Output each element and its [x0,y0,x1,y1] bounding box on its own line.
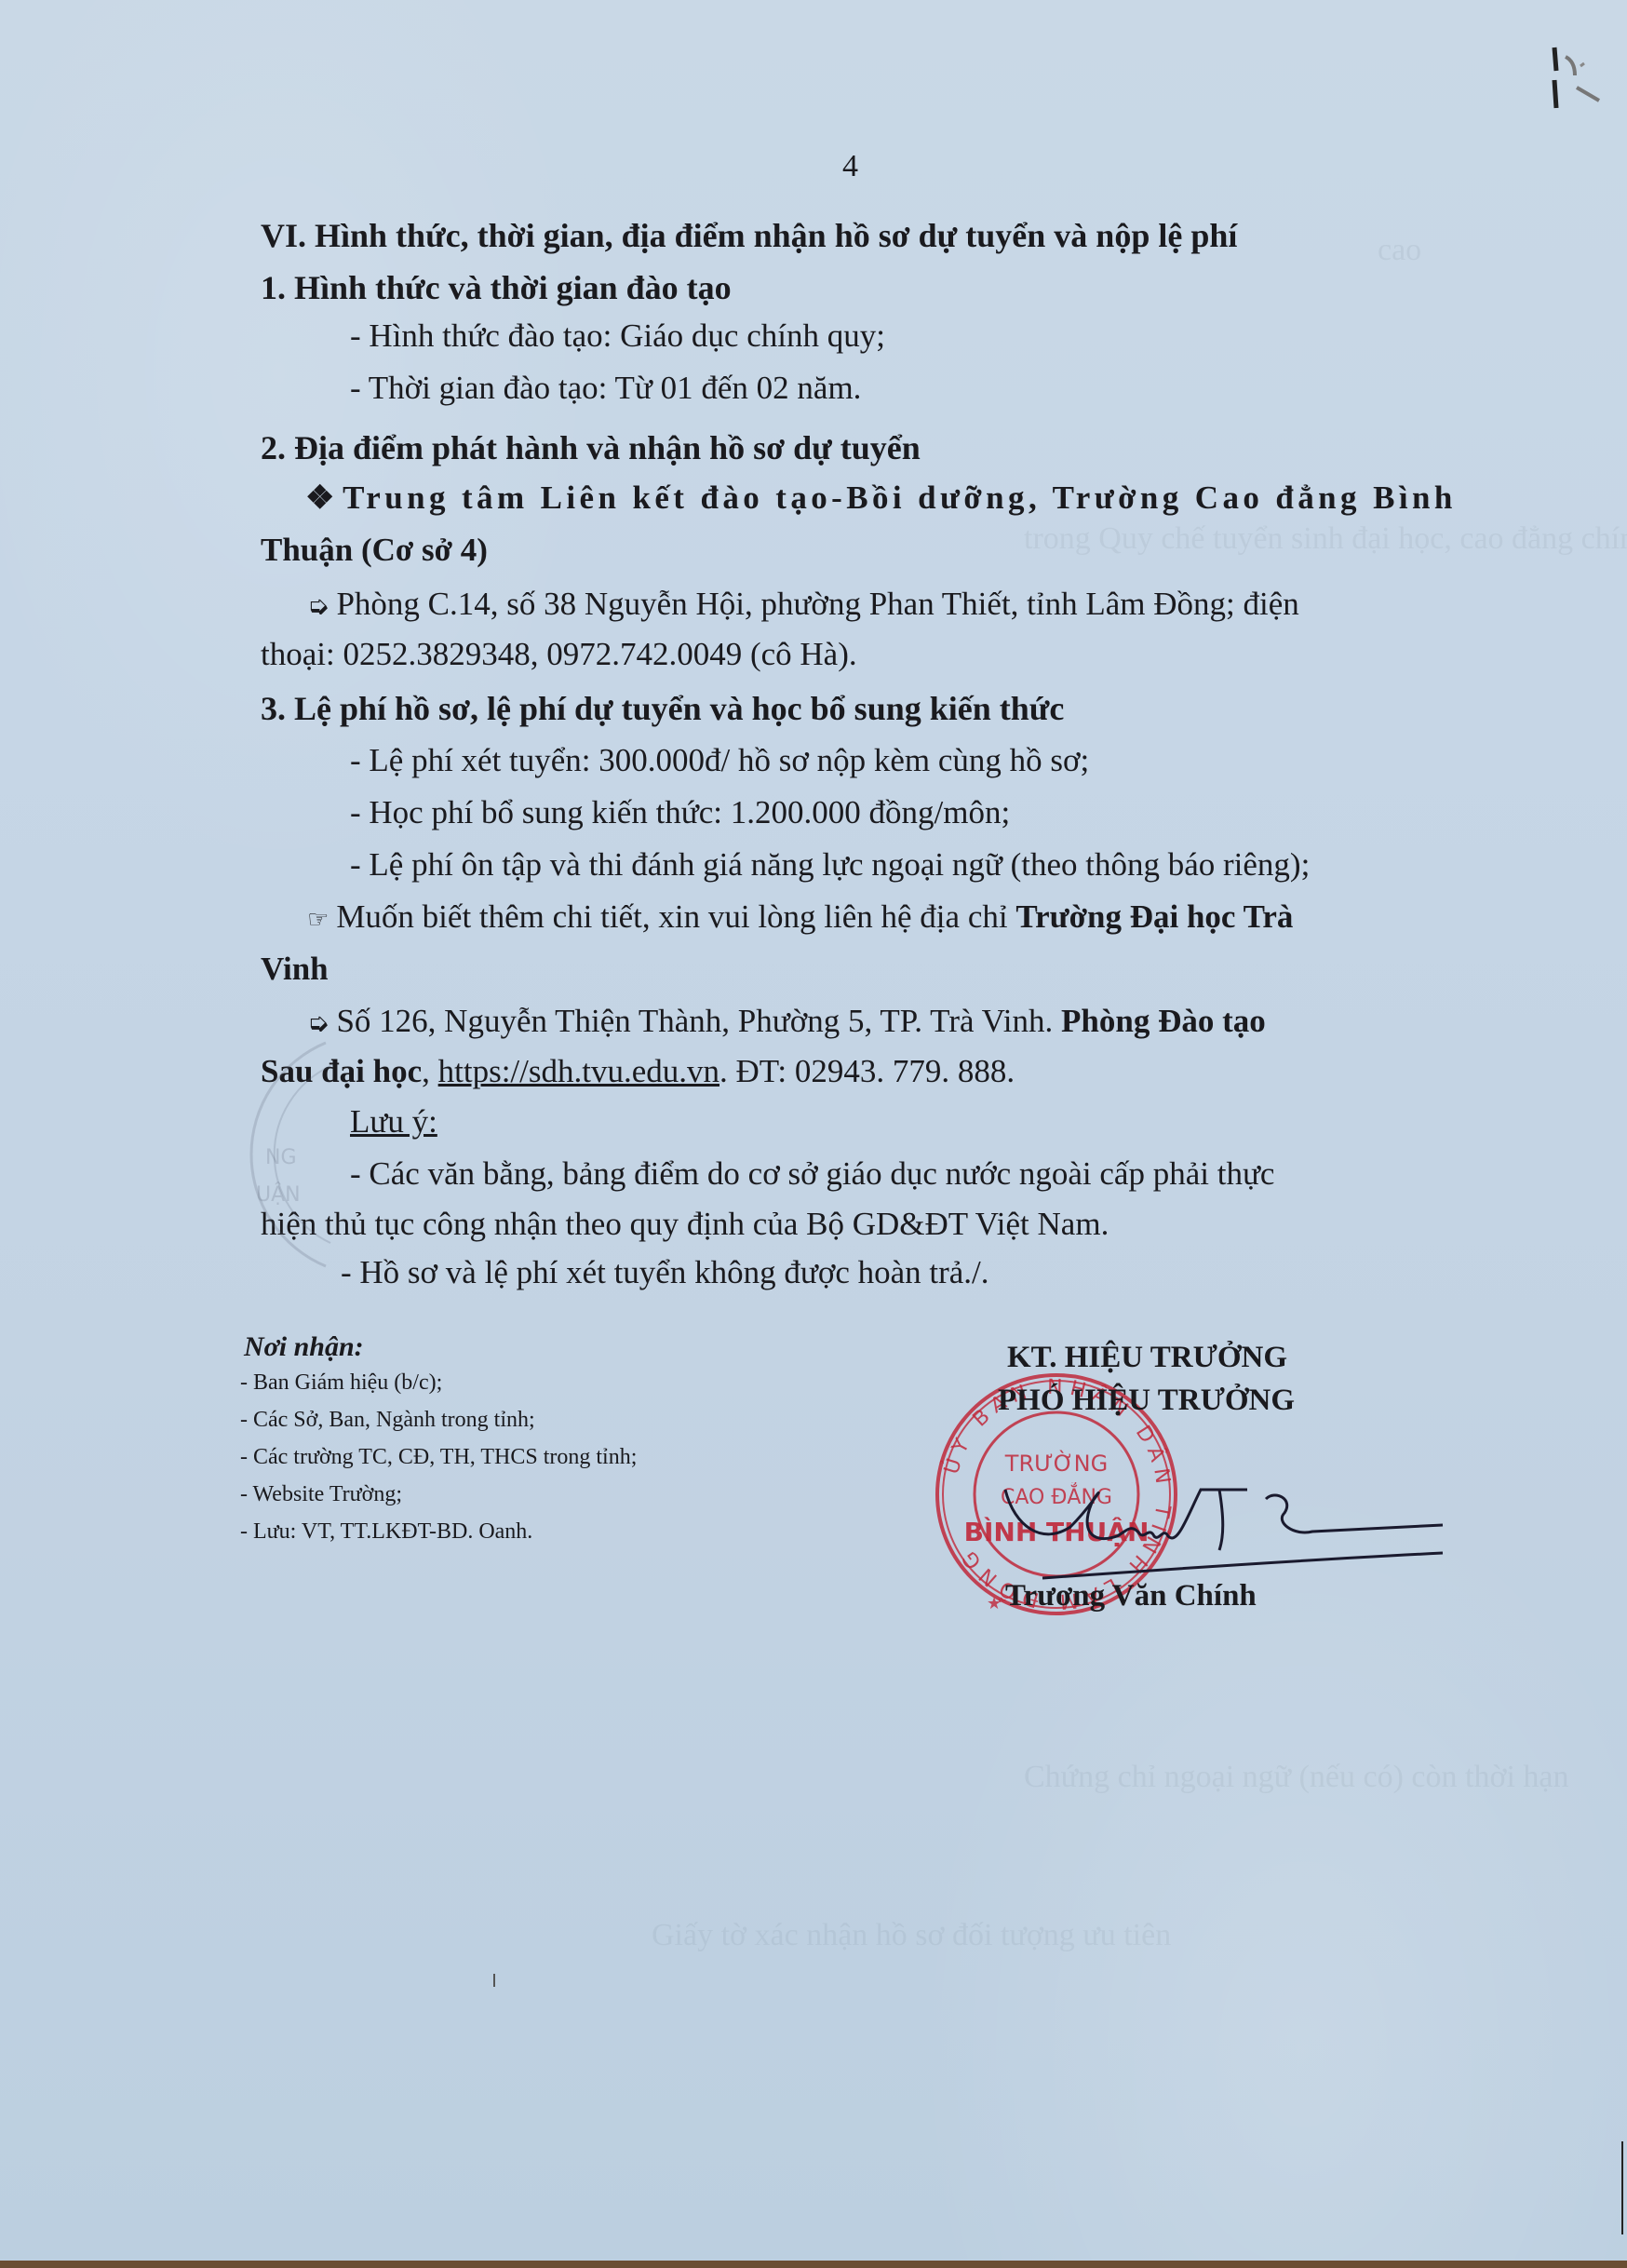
signature-title-1: KT. HIỆU TRƯỞNG [1007,1341,1287,1375]
pointing-hand-icon: ☞ [307,906,329,935]
phone-line: thoại: 0252.3829348, 0972.742.0049 (cô H… [261,635,857,674]
recipient-item: - Lưu: VT, TT.LKĐT-BD. Oanh. [240,1519,532,1545]
training-center-name: Trung tâm Liên kết đào tạo-Bồi dưỡng, Tr… [343,479,1457,516]
list-item: - Thời gian đào tạo: Từ 01 đến 02 năm. [350,369,861,408]
bleed-through-text: cao [1378,233,1421,268]
note-item: - Hồ sơ và lệ phí xét tuyển không được h… [341,1253,989,1292]
page-edge-line [1621,2141,1623,2234]
speck-mark [493,1974,495,1987]
bleed-through-text: trong Quy chế tuyển sinh đại học, cao đẳ… [1024,521,1627,557]
tvu-phone: . ĐT: 02943. 779. 888. [719,1053,1015,1089]
address-text: Phòng C.14, số 38 Nguyễn Hội, phường Pha… [336,586,1298,622]
list-item: - Học phí bổ sung kiến thức: 1.200.000 đ… [350,793,1010,832]
svg-text:UẬN: UẬN [256,1182,301,1207]
recipient-item: - Website Trường; [240,1482,402,1507]
university-name-2: Vinh [261,950,329,989]
list-item: - Lệ phí xét tuyển: 300.000đ/ hồ sơ nộp … [350,741,1089,780]
svg-text:NG: NG [265,1146,297,1169]
bleed-through-text: Chứng chỉ ngoại ngữ (nếu có) còn thời hạ… [1024,1760,1569,1795]
training-center-line-2: Thuận (Cơ sở 4) [261,531,488,570]
contact-text: Muốn biết thêm chi tiết, xin vui lòng li… [336,898,1015,935]
recipients-title: Nơi nhận: [244,1331,364,1363]
faint-stamp-icon: NG UẬN [102,1024,344,1285]
section-title: VI. Hình thức, thời gian, địa điểm nhận … [261,216,1237,256]
subsection-2-title: 2. Địa điểm phát hành và nhận hồ sơ dự t… [261,428,921,468]
tvu-contact-line: Sau đại học, https://sdh.tvu.edu.vn. ĐT:… [261,1052,1015,1091]
page-number: 4 [842,149,858,184]
training-center-line: ❖ Trung tâm Liên kết đào tạo-Bồi dưỡng, … [305,479,1433,518]
list-item: - Lệ phí ôn tập và thi đánh giá năng lực… [350,845,1310,884]
note-item: - Các văn bằng, bảng điểm do cơ sở giáo … [350,1154,1274,1194]
handwritten-signature-icon [987,1462,1452,1592]
recipient-item: - Ban Giám hiệu (b/c); [240,1370,442,1396]
address-line: ➭Phòng C.14, số 38 Nguyễn Hội, phường Ph… [307,585,1299,624]
subsection-1-title: 1. Hình thức và thời gian đào tạo [261,268,732,308]
subsection-3-title: 3. Lệ phí hồ sơ, lệ phí dự tuyển và học … [261,689,1064,729]
signature-title-2: PHÓ HIỆU TRƯỞNG [998,1384,1295,1418]
tvu-address: Số 126, Nguyễn Thiện Thành, Phường 5, TP… [336,1003,1061,1039]
diamond-bullet-icon: ❖ [305,479,334,516]
contact-line: ☞Muốn biết thêm chi tiết, xin vui lòng l… [307,898,1293,937]
handwritten-mark-icon [1545,43,1610,117]
recipient-item: - Các trường TC, CĐ, TH, THCS trong tỉnh… [240,1445,637,1470]
note-item-continued: hiện thủ tục công nhận theo quy định của… [261,1205,1109,1244]
bleed-through-text: Giấy tờ xác nhận hồ sơ đối tượng ưu tiên [652,1918,1171,1953]
table-surface [0,2261,1627,2268]
arrow-bullet-icon: ➭ [307,590,329,622]
list-item: - Hình thức đào tạo: Giáo dục chính quy; [350,317,885,356]
tvu-website-link[interactable]: https://sdh.tvu.edu.vn [438,1053,719,1089]
signatory-name: Trương Văn Chính [1005,1579,1257,1613]
note-title: Lưu ý: [350,1102,437,1141]
svg-text:★: ★ [987,1594,1002,1613]
tvu-department: Phòng Đào tạo [1061,1003,1266,1039]
recipient-item: - Các Sở, Ban, Ngành trong tỉnh; [240,1408,535,1433]
tvu-address-line: ➭Số 126, Nguyễn Thiện Thành, Phường 5, T… [307,1002,1266,1041]
university-name: Trường Đại học Trà [1015,898,1293,935]
document-page: cao trong Quy chế tuyển sinh đại học, ca… [0,0,1627,2262]
